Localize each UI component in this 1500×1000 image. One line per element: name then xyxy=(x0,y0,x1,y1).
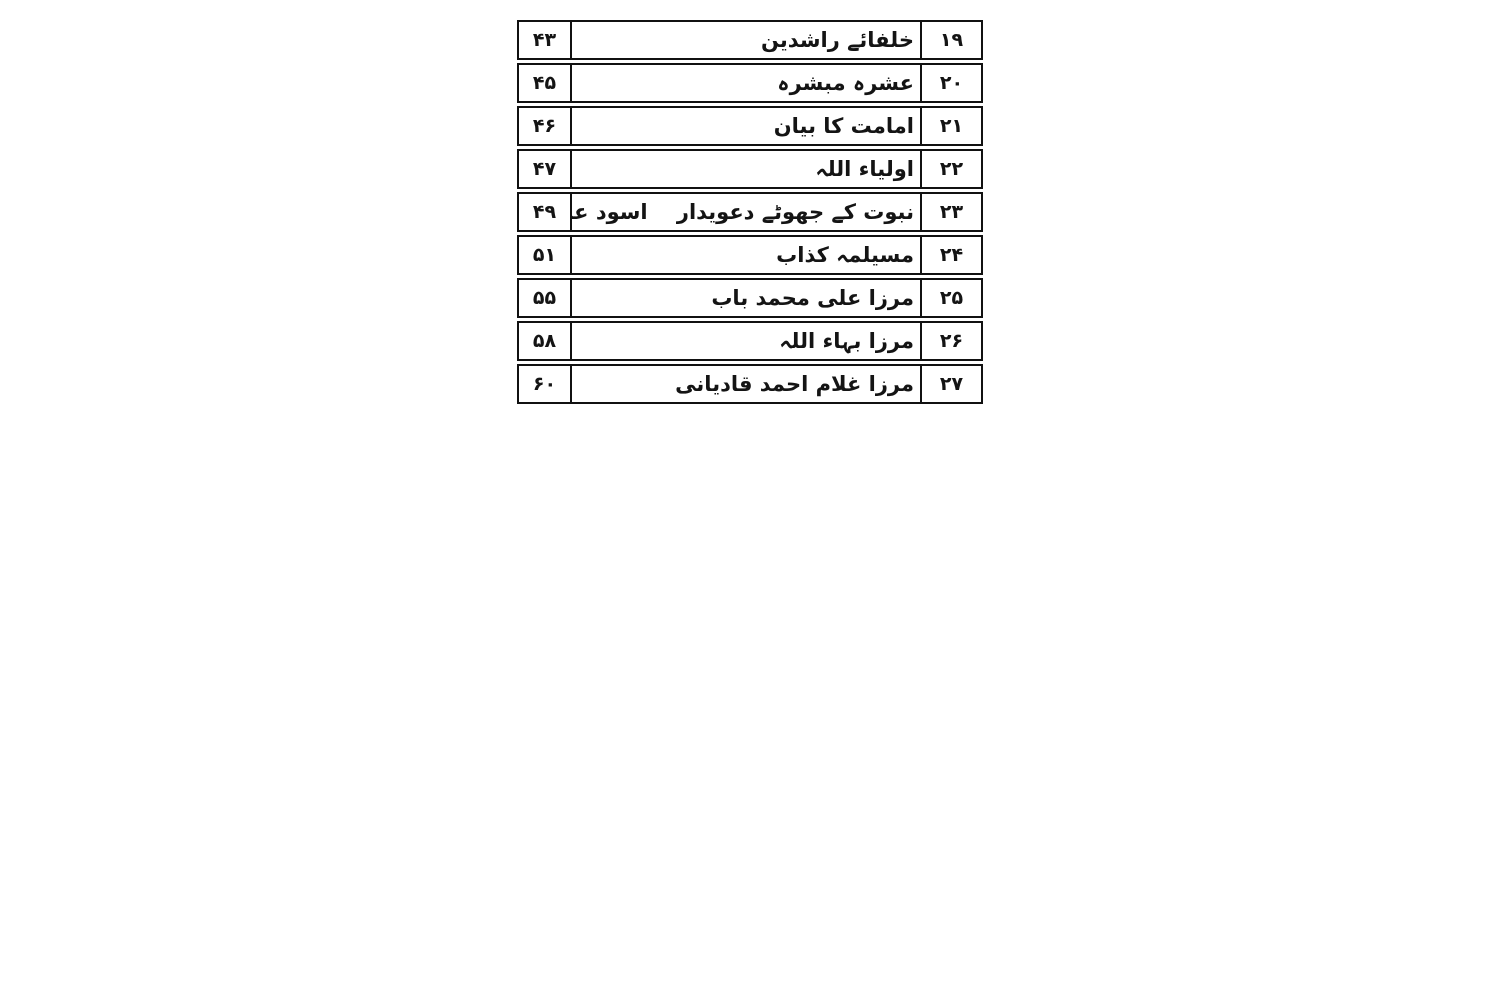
serial-number-cell: ۲۱ xyxy=(920,108,981,144)
page-number-cell: ۵۸ xyxy=(519,323,572,359)
page-number-cell: ۴۶ xyxy=(519,108,572,144)
serial-number-cell: ۲۷ xyxy=(920,366,981,402)
table-row: ۲۶ مرزا بہاء اللہ ۵۸ xyxy=(517,321,983,361)
title-cell: خلفائے راشدین xyxy=(572,22,920,58)
page-number-cell: ۴۵ xyxy=(519,65,572,101)
title-cell: مرزا علی محمد باب xyxy=(572,280,920,316)
table-row: ۲۰ عشرہ مبشرہ ۴۵ xyxy=(517,63,983,103)
title-cell: مرزا غلام احمد قادیانی xyxy=(572,366,920,402)
table-row: ۲۵ مرزا علی محمد باب ۵۵ xyxy=(517,278,983,318)
table-row: ۲۴ مسیلمہ کذاب ۵۱ xyxy=(517,235,983,275)
title-cell: مسیلمہ کذاب xyxy=(572,237,920,273)
table-row: ۲۱ امامت کا بیان ۴۶ xyxy=(517,106,983,146)
serial-number-cell: ۲۵ xyxy=(920,280,981,316)
page-number-cell: ۶۰ xyxy=(519,366,572,402)
title-cell: نبوت کے جھوٹے دعویدار اسود عنسی xyxy=(572,194,920,230)
title-cell: عشرہ مبشرہ xyxy=(572,65,920,101)
scanned-document-page: ۱۹ خلفائے راشدین ۴۳ ۲۰ عشرہ مبشرہ ۴۵ ۲۱ … xyxy=(0,0,1500,1000)
page-number-cell: ۵۵ xyxy=(519,280,572,316)
page-number-cell: ۴۹ xyxy=(519,194,572,230)
table-row: ۲۷ مرزا غلام احمد قادیانی ۶۰ xyxy=(517,364,983,404)
page-number-cell: ۴۳ xyxy=(519,22,572,58)
serial-number-cell: ۲۶ xyxy=(920,323,981,359)
serial-number-cell: ۱۹ xyxy=(920,22,981,58)
contents-table: ۱۹ خلفائے راشدین ۴۳ ۲۰ عشرہ مبشرہ ۴۵ ۲۱ … xyxy=(517,20,983,404)
serial-number-cell: ۲۴ xyxy=(920,237,981,273)
table-row: ۲۲ اولیاء اللہ ۴۷ xyxy=(517,149,983,189)
table-row: ۱۹ خلفائے راشدین ۴۳ xyxy=(517,20,983,60)
title-cell: امامت کا بیان xyxy=(572,108,920,144)
serial-number-cell: ۲۲ xyxy=(920,151,981,187)
serial-number-cell: ۲۳ xyxy=(920,194,981,230)
title-cell: اولیاء اللہ xyxy=(572,151,920,187)
serial-number-cell: ۲۰ xyxy=(920,65,981,101)
page-number-cell: ۴۷ xyxy=(519,151,572,187)
table-row: ۲۳ نبوت کے جھوٹے دعویدار اسود عنسی ۴۹ xyxy=(517,192,983,232)
page-number-cell: ۵۱ xyxy=(519,237,572,273)
title-cell: مرزا بہاء اللہ xyxy=(572,323,920,359)
